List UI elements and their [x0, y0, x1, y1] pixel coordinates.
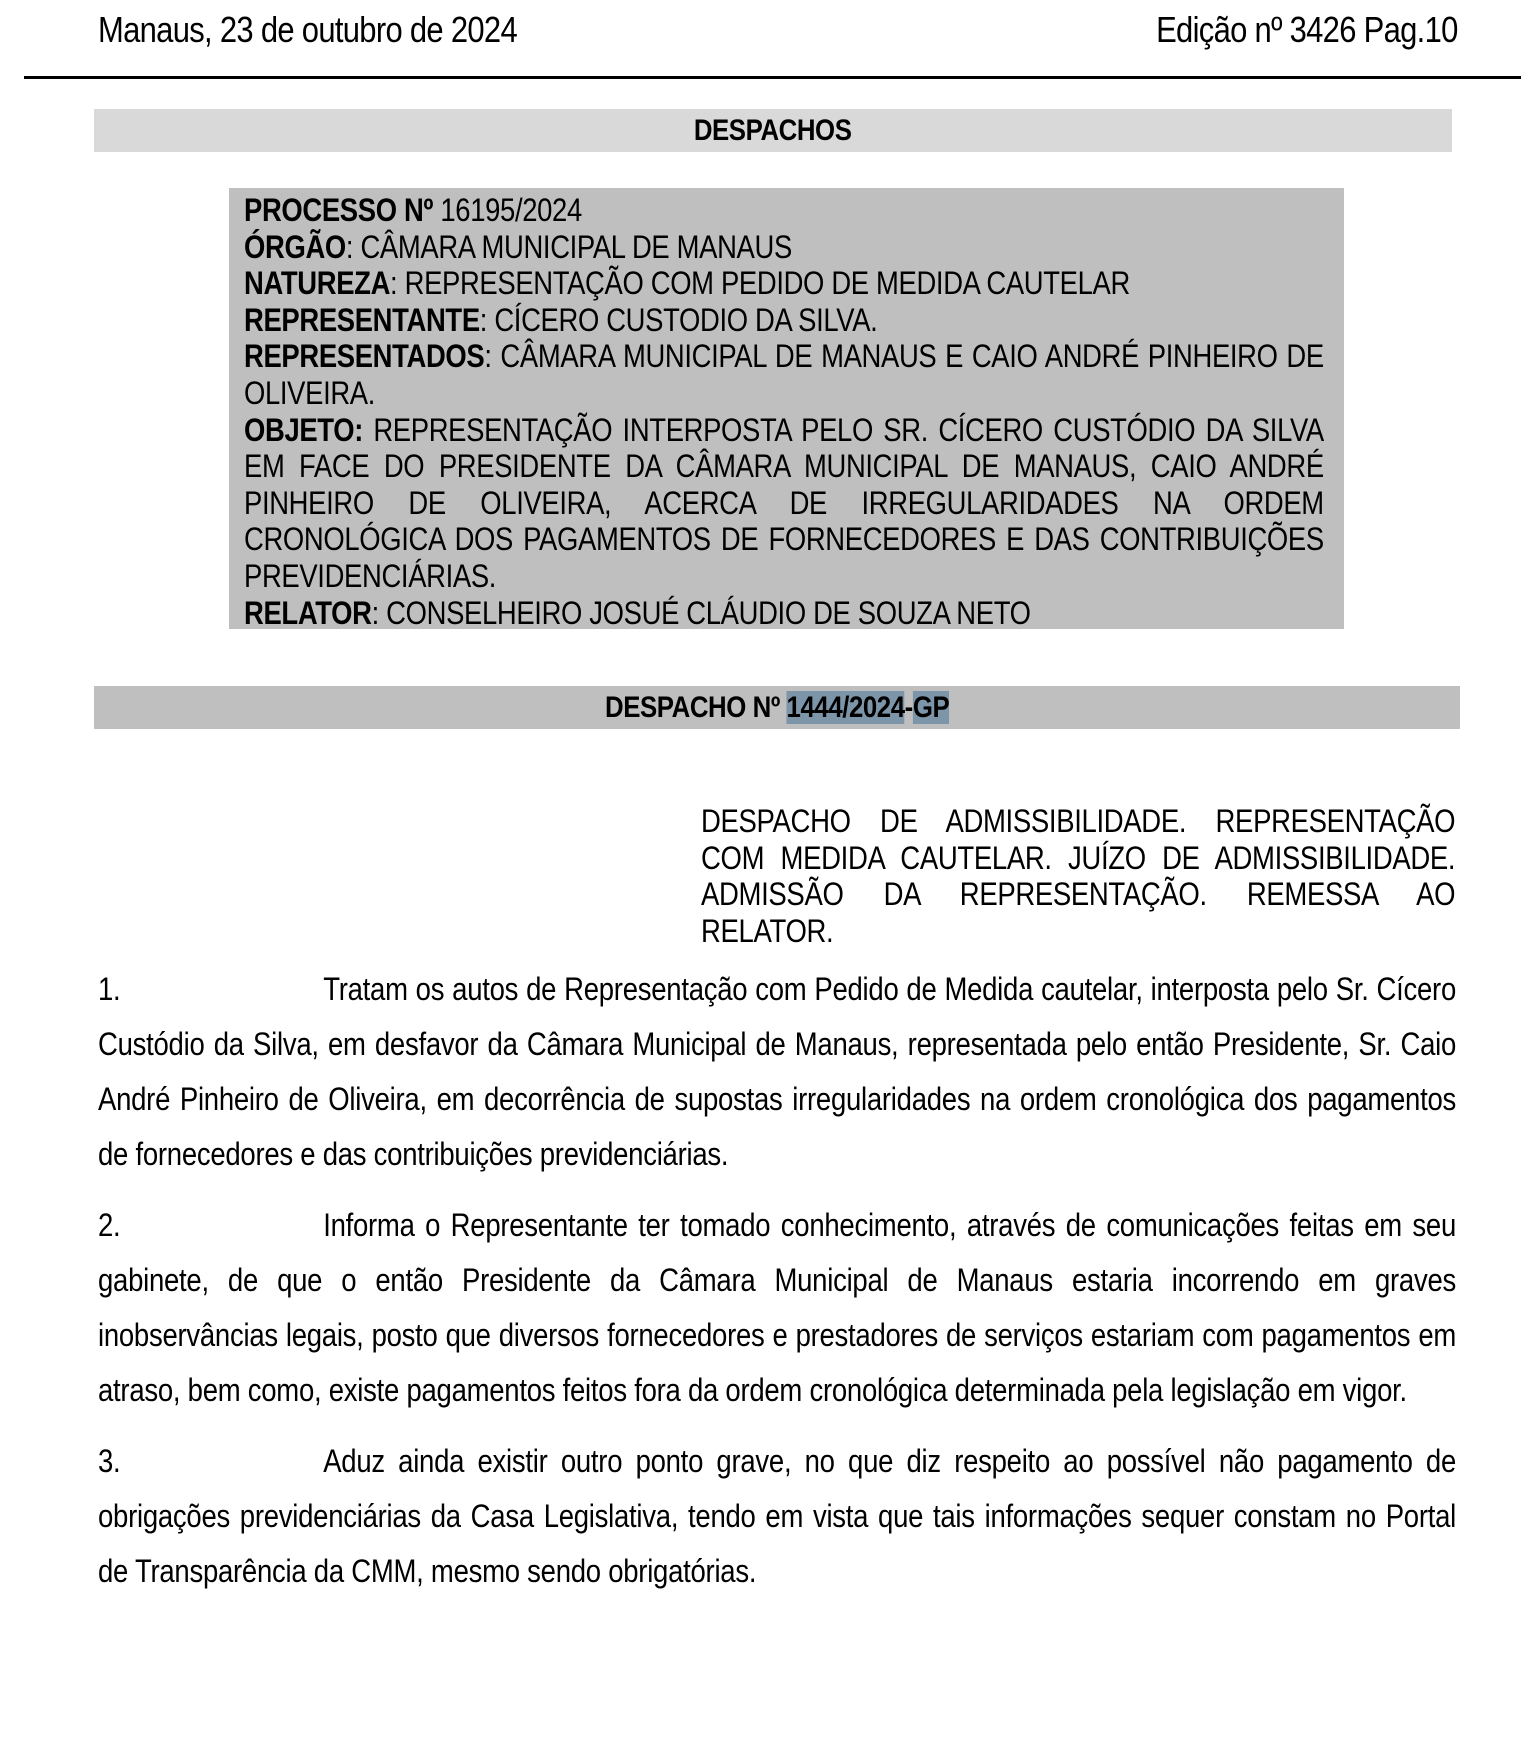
paragraph-2: 2.Informa o Representante ter tomado con…	[98, 1198, 1456, 1418]
despacho-title[interactable]: DESPACHO Nº 1444/2024-GP	[605, 691, 949, 725]
despacho-prefix: DESPACHO Nº	[605, 691, 787, 724]
field-label: OBJETO:	[244, 412, 363, 448]
paragraph-1: 1.Tratam os autos de Representação com P…	[98, 962, 1456, 1182]
process-summary-box: PROCESSO Nº 16195/2024 ÓRGÃO: CÂMARA MUN…	[229, 188, 1344, 629]
process-number-field: PROCESSO Nº 16195/2024	[244, 192, 1324, 229]
field-value: : CÍCERO CUSTODIO DA SILVA.	[480, 302, 878, 338]
selected-text-suffix[interactable]: GP	[913, 691, 949, 724]
represented-field: REPRESENTADOS: CÂMARA MUNICIPAL DE MANAU…	[244, 338, 1324, 411]
field-value: 16195/2024	[433, 192, 582, 228]
representative-field: REPRESENTANTE: CÍCERO CUSTODIO DA SILVA.	[244, 302, 1324, 339]
field-value: : CONSELHEIRO JOSUÉ CLÁUDIO DE SOUZA NET…	[372, 595, 1031, 631]
field-value: : CÂMARA MUNICIPAL DE MANAUS	[346, 229, 792, 265]
field-label: ÓRGÃO	[244, 229, 346, 265]
paragraph-number: 2.	[98, 1198, 323, 1253]
paragraph-number: 1.	[98, 962, 323, 1017]
header-date: Manaus, 23 de outubro de 2024	[98, 8, 517, 52]
paragraph-number: 3.	[98, 1434, 323, 1489]
field-label: RELATOR	[244, 595, 372, 631]
despacho-dash: -	[905, 691, 913, 724]
field-label: NATUREZA	[244, 265, 390, 301]
organ-field: ÓRGÃO: CÂMARA MUNICIPAL DE MANAUS	[244, 229, 1324, 266]
header-edition: Edição nº 3426 Pag.10	[1156, 8, 1458, 52]
object-field: OBJETO: REPRESENTAÇÃO INTERPOSTA PELO SR…	[244, 412, 1324, 595]
nature-field: NATUREZA: REPRESENTAÇÃO COM PEDIDO DE ME…	[244, 265, 1324, 302]
field-label: PROCESSO Nº	[244, 192, 433, 228]
ementa-block: DESPACHO DE ADMISSIBILIDADE. REPRESENTAÇ…	[701, 803, 1455, 949]
field-value: REPRESENTAÇÃO INTERPOSTA PELO SR. CÍCERO…	[244, 412, 1324, 594]
header-divider	[24, 76, 1521, 79]
section-title-bar: DESPACHOS	[94, 109, 1452, 152]
despacho-title-bar: DESPACHO Nº 1444/2024-GP	[94, 686, 1460, 729]
field-label: REPRESENTANTE	[244, 302, 480, 338]
field-value: : REPRESENTAÇÃO COM PEDIDO DE MEDIDA CAU…	[390, 265, 1130, 301]
despacho-body: 1.Tratam os autos de Representação com P…	[98, 962, 1456, 1615]
selected-text-number[interactable]: 1444/2024	[786, 691, 904, 724]
paragraph-3: 3.Aduz ainda existir outro ponto grave, …	[98, 1434, 1456, 1599]
ementa-text: DESPACHO DE ADMISSIBILIDADE. REPRESENTAÇ…	[701, 803, 1455, 949]
section-title: DESPACHOS	[694, 114, 852, 148]
rapporteur-field: RELATOR: CONSELHEIRO JOSUÉ CLÁUDIO DE SO…	[244, 595, 1324, 632]
field-label: REPRESENTADOS	[244, 338, 484, 374]
